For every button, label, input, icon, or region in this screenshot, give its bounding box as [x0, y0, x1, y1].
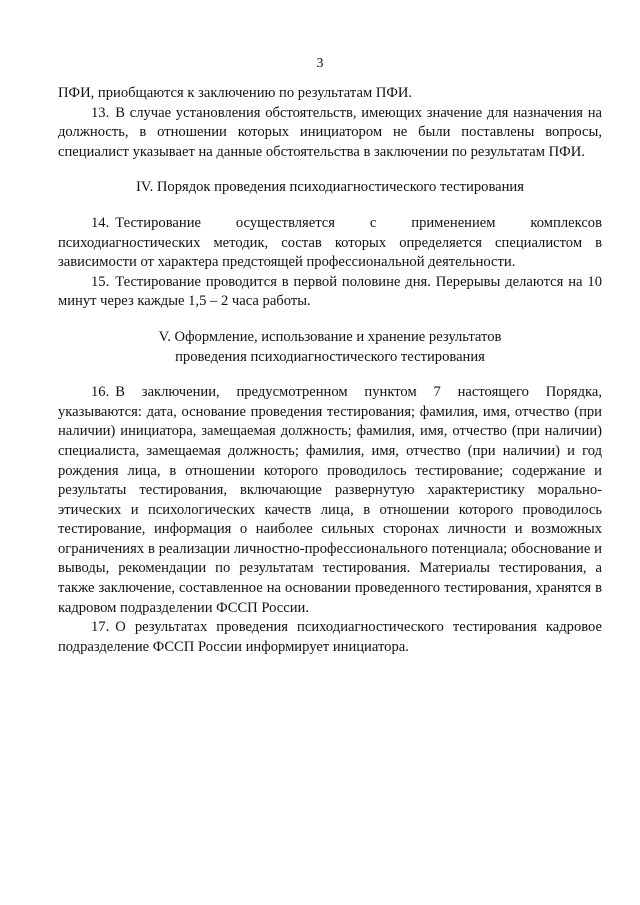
section-heading-iv: IV. Порядок проведения психодиагностичес…: [58, 178, 602, 198]
paragraph-number: 16.: [91, 384, 109, 400]
paragraph-number: 17.: [91, 619, 109, 635]
section-heading-v-line1: V. Оформление, использование и хранение …: [58, 328, 602, 348]
paragraph-number: 15.: [91, 274, 109, 290]
paragraph-text: В случае установления обстоятельств, име…: [58, 105, 602, 160]
paragraph-number: 13.: [91, 105, 109, 121]
section-heading-v-line2: проведения психодиагностического тестиро…: [58, 348, 602, 368]
paragraph-16: 16.В заключении, предусмотренном пунктом…: [58, 383, 602, 618]
page-number: 3: [0, 56, 640, 72]
paragraph-text: В заключении, предусмотренном пунктом 7 …: [58, 384, 602, 616]
paragraph-14: 14.Тестирование осуществляется с примене…: [58, 214, 602, 273]
paragraph-text: Тестирование проводится в первой половин…: [58, 274, 602, 310]
paragraph-number: 14.: [91, 215, 109, 231]
paragraph-continuation: ПФИ, приобщаются к заключению по результ…: [58, 84, 602, 104]
paragraph-text: Тестирование осуществляется с применение…: [58, 215, 602, 270]
document-body: ПФИ, приобщаются к заключению по результ…: [58, 84, 602, 657]
paragraph-17: 17.О результатах проведения психодиагнос…: [58, 618, 602, 657]
paragraph-text: О результатах проведения психодиагностич…: [58, 619, 602, 655]
paragraph-13: 13.В случае установления обстоятельств, …: [58, 104, 602, 163]
paragraph-15: 15.Тестирование проводится в первой поло…: [58, 273, 602, 312]
